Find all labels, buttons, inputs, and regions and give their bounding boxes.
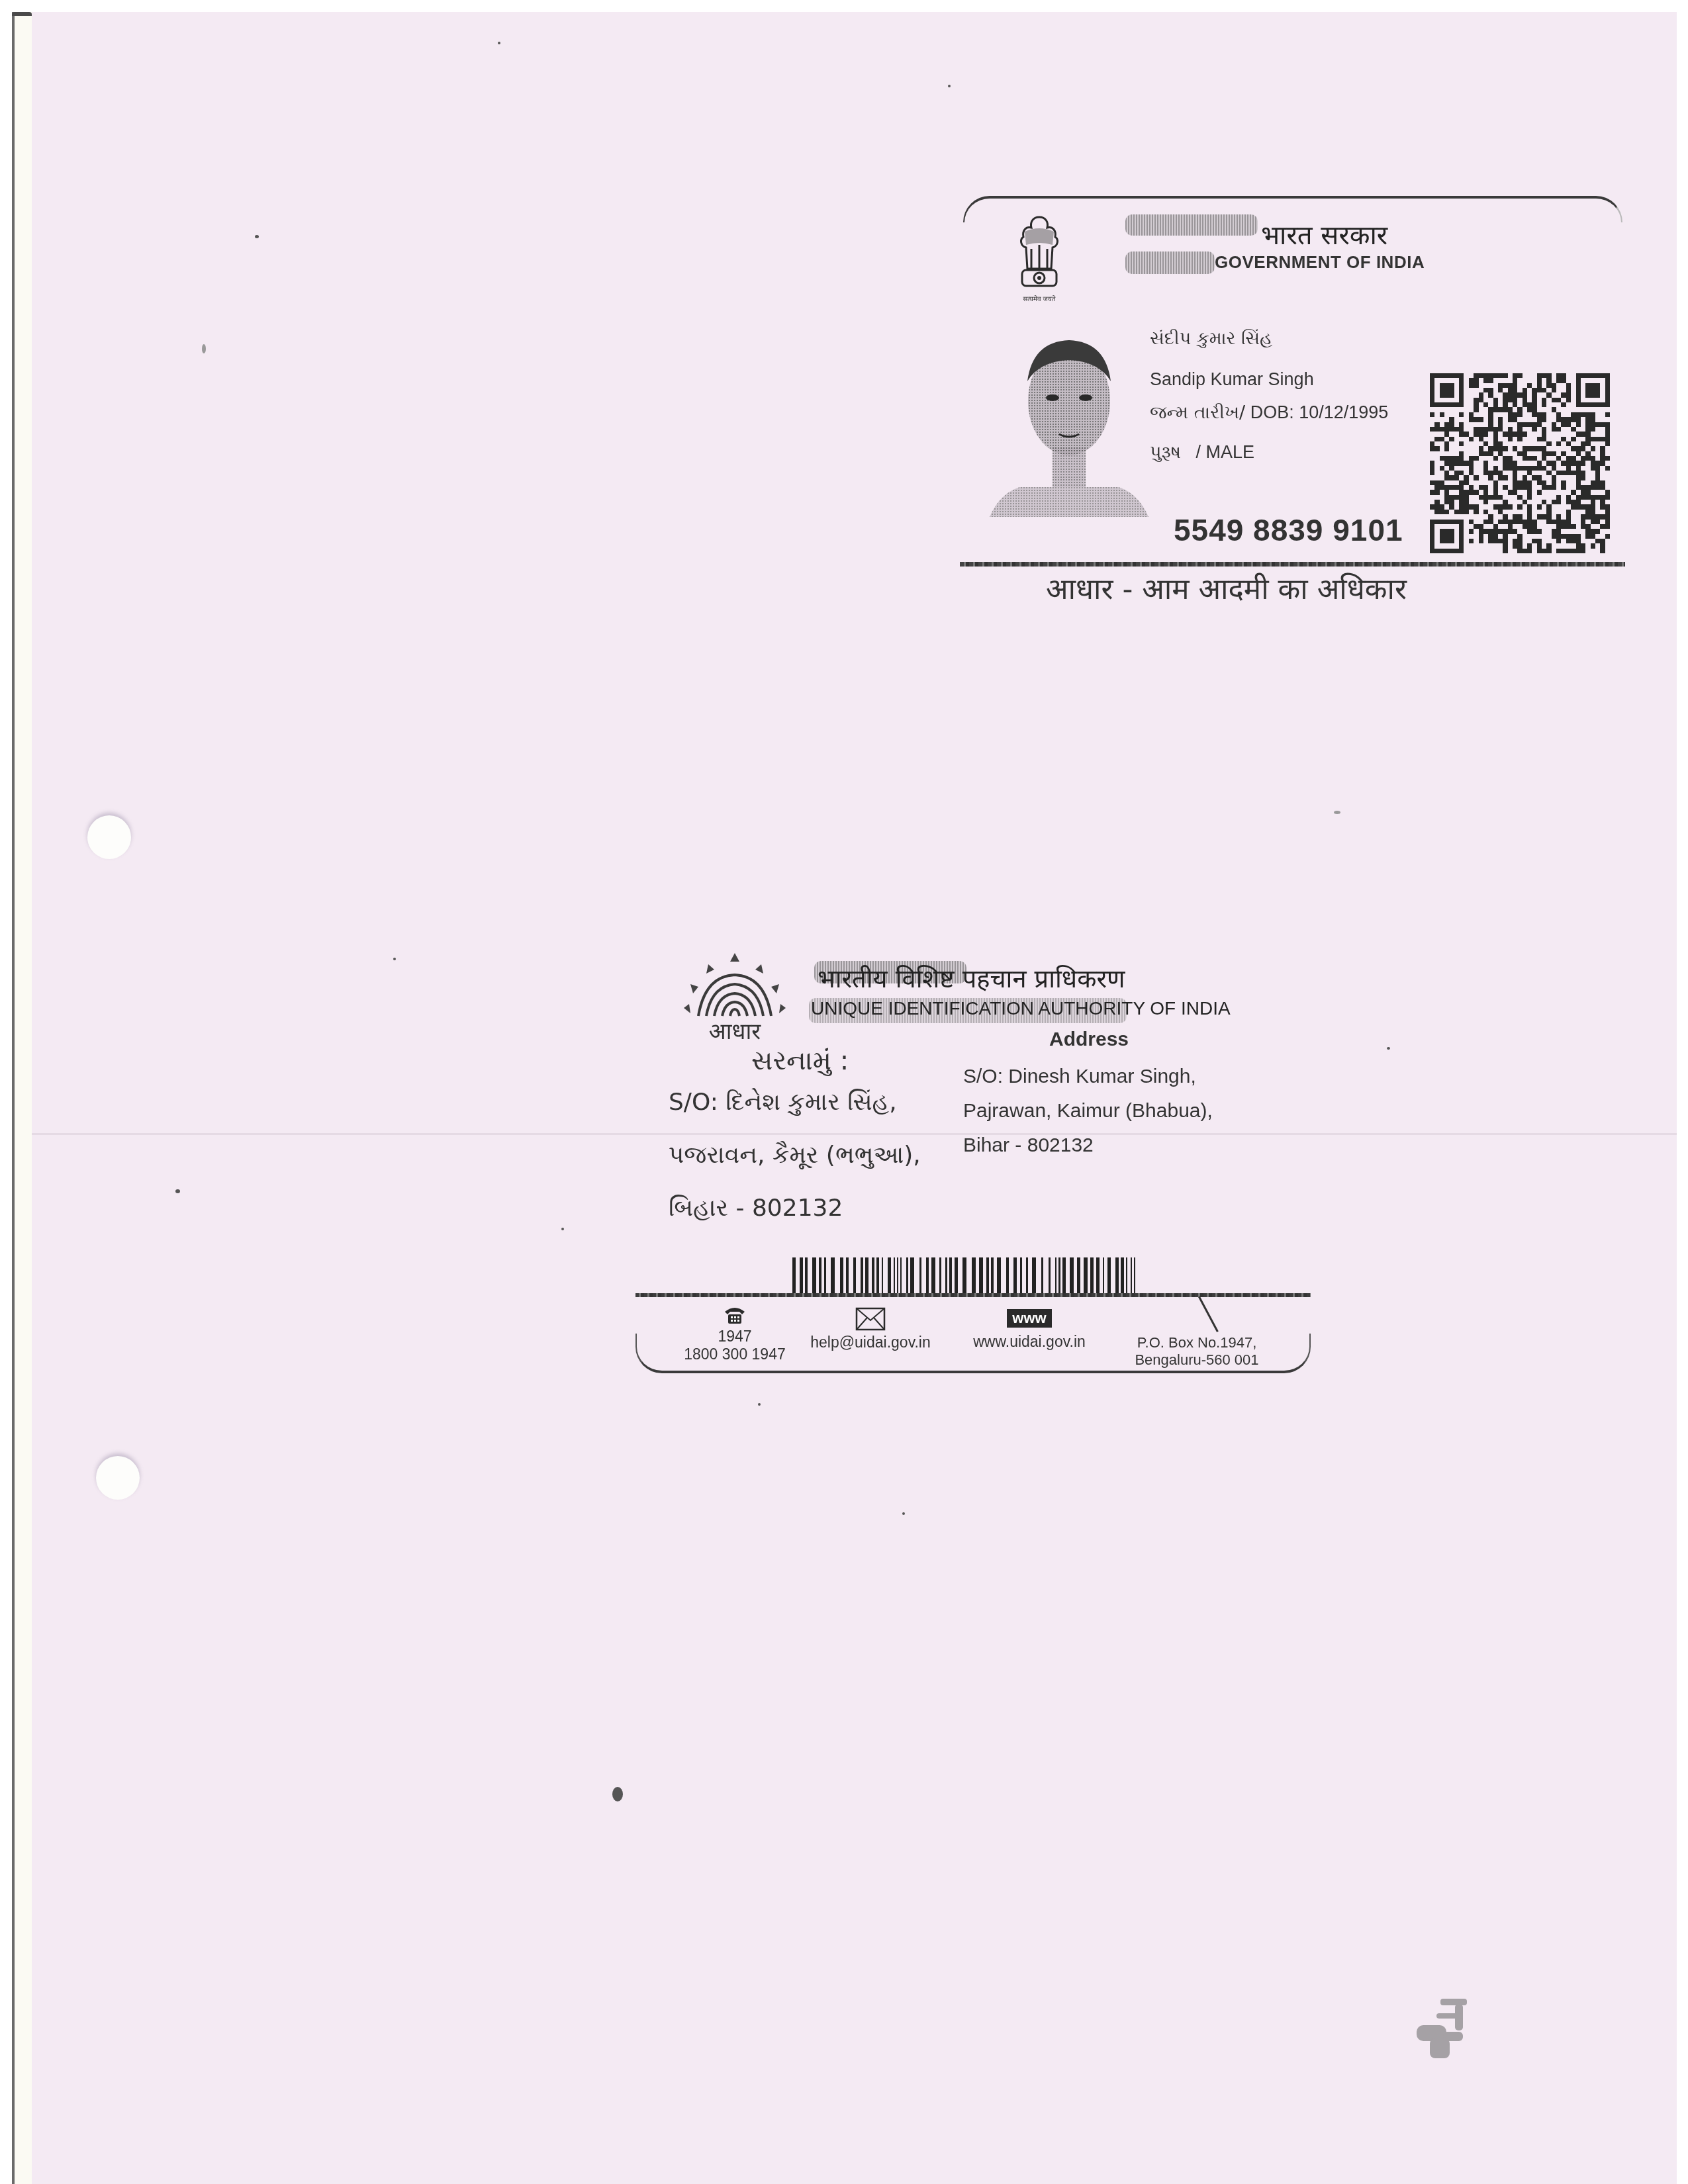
telephone-icon (724, 1305, 746, 1325)
scanner-margin (15, 12, 32, 2184)
gender: પુરૂષ / MALE (1150, 442, 1254, 463)
ink-speck (1387, 1047, 1390, 1050)
print-smudge (1125, 214, 1258, 236)
ink-speck (498, 42, 500, 44)
state-emblem-icon (1013, 212, 1066, 304)
address-label-gujarati: સરનામું : (751, 1046, 849, 1076)
aadhaar-number: 5549 8839 9101 (1174, 512, 1403, 548)
card-divider (635, 1293, 1311, 1297)
address-gujarati-line: પજરાવન, કૈમૂર (ભભુઆ), (669, 1142, 921, 1169)
aadhaar-card-front: सत्यमेव जयते भारत सरकार GOVERNMENT OF IN… (963, 196, 1624, 567)
address-english-line: Bihar - 802132 (963, 1134, 1094, 1157)
portrait-photo (986, 328, 1152, 517)
uidai-header-hindi: भारतीय विशिष्ट पहचान प्राधिकरण (818, 961, 1125, 995)
aadhaar-fingerprint-logo: आधार (679, 950, 791, 1042)
aadhaar-tagline: आधार - आम आदमी का अधिकार (1046, 568, 1407, 608)
pencil-smudge-mark (1417, 1992, 1470, 2065)
address-gujarati-line: બિહાર - 802132 (669, 1195, 843, 1222)
ink-speck (948, 85, 951, 87)
address-gujarati-line: S/O: દિનેશ કુમાર સિંહ, (669, 1089, 897, 1116)
header-english: GOVERNMENT OF INDIA (1215, 252, 1425, 273)
dob-value: 10/12/1995 (1299, 402, 1388, 422)
ink-speck (393, 958, 396, 960)
ink-speck (758, 1403, 761, 1406)
aadhaar-logo-text: आधार (709, 1019, 761, 1042)
ink-speck (175, 1189, 180, 1193)
dob-label-gujarati: જન્મ તારીખ/ (1150, 402, 1245, 423)
ink-speck (612, 1787, 623, 1801)
card-bottom-border (635, 1334, 1311, 1373)
address-english-line: Pajrawan, Kaimur (Bhabua), (963, 1100, 1213, 1122)
ink-speck (902, 1512, 905, 1515)
ink-speck (202, 344, 206, 353)
uidai-header-english: UNIQUE IDENTIFICATION AUTHORITY OF INDIA (811, 998, 1231, 1019)
header-hindi: भारत सरकार (1261, 216, 1387, 252)
punch-hole (96, 1456, 140, 1500)
emblem-motto: सत्यमेव जयते (1009, 294, 1069, 303)
qr-code (1430, 373, 1610, 553)
aadhaar-card-back: आधार भारतीय विशिष्ट पहचान प्राधिकरण UNIQ… (635, 946, 1311, 1377)
address-english-line: S/O: Dinesh Kumar Singh, (963, 1066, 1196, 1088)
print-smudge (1125, 251, 1215, 274)
www-icon: www (1007, 1309, 1051, 1328)
dob-label: DOB: (1250, 402, 1294, 422)
ink-speck (1334, 811, 1340, 814)
barcode (792, 1257, 1137, 1294)
scanner-edge-cap (12, 12, 32, 16)
envelope-icon (855, 1307, 886, 1331)
ink-speck (561, 1228, 564, 1230)
address-label: Address (1049, 1028, 1129, 1051)
card-divider (960, 562, 1625, 567)
name-english: Sandip Kumar Singh (1150, 369, 1314, 390)
gender-gujarati: પુરૂષ (1150, 442, 1181, 463)
date-of-birth: જન્મ તારીખ/ DOB: 10/12/1995 (1150, 402, 1388, 424)
name-gujarati: સંદીપ કુમાર સિંહ (1150, 328, 1272, 349)
punch-hole (87, 815, 131, 859)
gender-english: / MALE (1196, 442, 1255, 462)
ink-speck (255, 235, 259, 238)
